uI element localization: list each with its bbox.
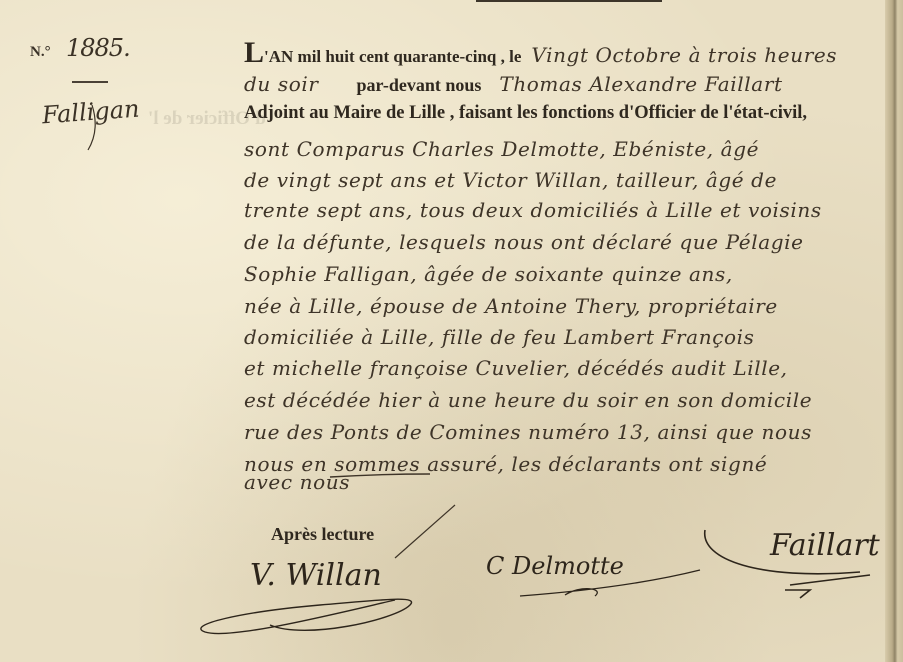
line-11: et michelle françoise Cuvelier, décédés … xyxy=(244,356,788,380)
printed-text: 'AN mil huit cent quarante-cinq , le xyxy=(264,47,521,66)
record-number-value: 1885. xyxy=(66,34,130,62)
top-rule xyxy=(476,0,662,2)
signature-faillart: Faillart xyxy=(770,528,880,563)
line-3: Adjoint au Maire de Lille , faisant les … xyxy=(244,103,807,124)
handwritten-officer-name: Thomas Alexandre Faillart xyxy=(499,72,782,96)
printed-text: par-devant nous xyxy=(357,75,482,95)
signature-willan: V. Willan xyxy=(250,558,382,593)
line-6: trente sept ans, tous deux domiciliés à … xyxy=(244,198,822,222)
dropcap: L xyxy=(244,36,264,69)
line-8: Sophie Falligan, âgée de soixante quinze… xyxy=(244,262,733,286)
margin-subject-name: Falligan xyxy=(41,95,140,130)
line-9: née à Lille, épouse de Antoine Thery, pr… xyxy=(244,294,778,318)
after-reading-label: Après lecture xyxy=(271,524,374,545)
closing-phrase: avec nous xyxy=(244,470,350,494)
page-binding-edge xyxy=(885,0,903,662)
line-1: L'AN mil huit cent quarante-cinq , le Vi… xyxy=(244,38,837,68)
handwritten-date: Vingt Octobre à trois heures xyxy=(531,43,837,67)
line-4: sont Comparus Charles Delmotte, Ebéniste… xyxy=(244,137,759,161)
record-number-label: N.° xyxy=(30,44,51,61)
line-13: rue des Ponts de Comines numéro 13, ains… xyxy=(244,420,812,444)
line-7: de la défunte, lesquels nous ont déclaré… xyxy=(244,230,804,254)
number-underline xyxy=(72,81,108,83)
line-10: domiciliée à Lille, fille de feu Lambert… xyxy=(244,325,755,349)
line-5: de vingt sept ans et Victor Willan, tail… xyxy=(244,168,777,192)
handwritten-time: du soir xyxy=(244,72,319,96)
line-12: est décédée hier à une heure du soir en … xyxy=(244,388,812,412)
line-2: du soir par-devant nous Thomas Alexandre… xyxy=(244,72,783,96)
signature-delmotte: C Delmotte xyxy=(486,552,624,580)
